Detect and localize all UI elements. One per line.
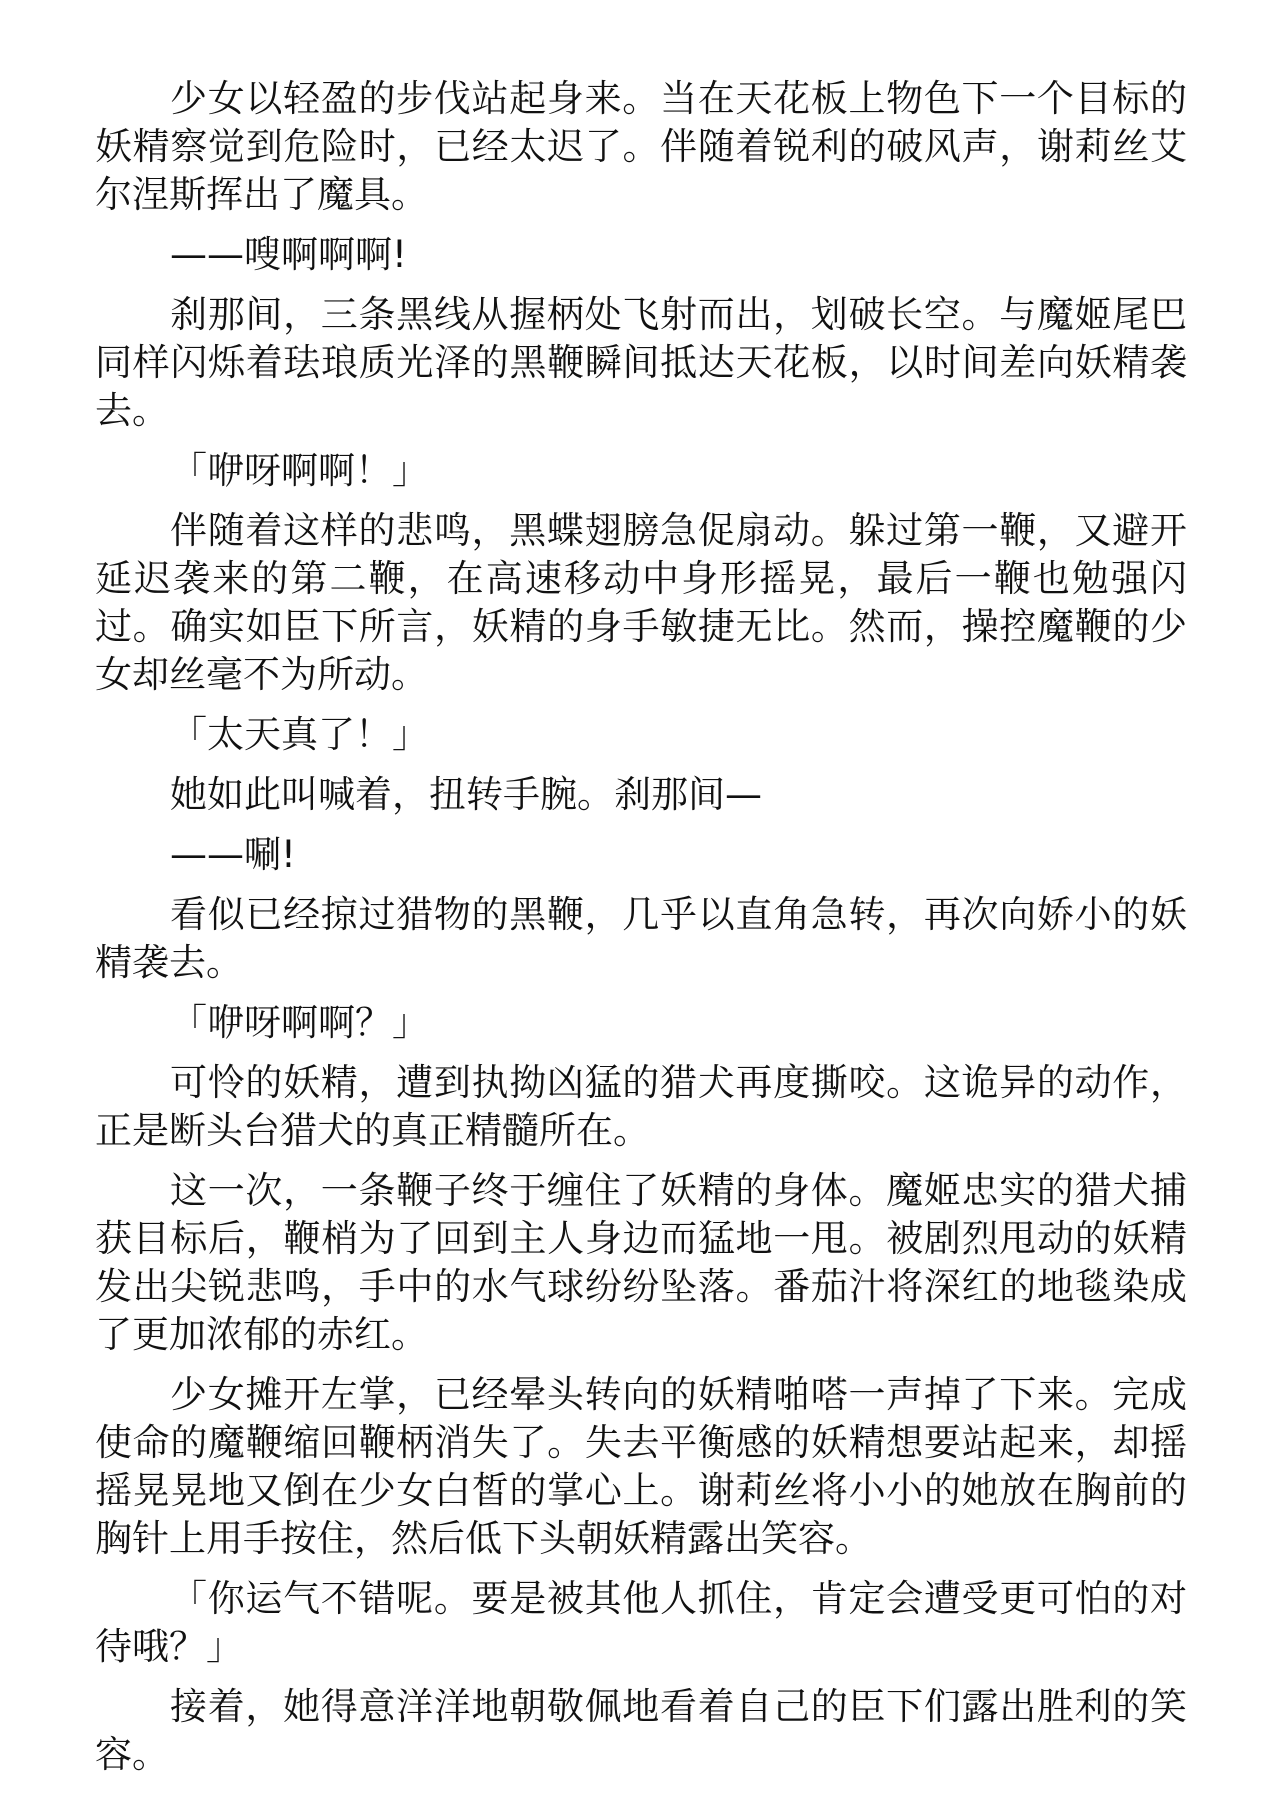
text-line: 「咿呀啊啊！」 xyxy=(170,447,1187,495)
text-line: 延迟袭来的第二鞭，在高速移动中身形摇晃，最后一鞭也勉强闪 xyxy=(95,555,1187,603)
text-line: 「咿呀啊啊？」 xyxy=(170,999,1187,1047)
text-line: 少女摊开左掌，已经晕头转向的妖精啪嗒一声掉了下来。完成 xyxy=(170,1371,1187,1419)
text-line: 精袭去。 xyxy=(95,939,1187,987)
text-line: ——唰! xyxy=(170,831,1187,879)
document-page: 少女以轻盈的步伐站起身来。当在天花板上物色下一个目标的妖精察觉到危险时，已经太迟… xyxy=(0,0,1280,1818)
text-line: 妖精察觉到危险时，已经太迟了。伴随着锐利的破风声，谢莉丝艾 xyxy=(95,123,1187,171)
text-line: 待哦？」 xyxy=(95,1623,1187,1671)
text-line: 女却丝毫不为所动。 xyxy=(95,651,1187,699)
text-line: 接着，她得意洋洋地朝敬佩地看着自己的臣下们露出胜利的笑 xyxy=(170,1683,1187,1731)
text-line: 同样闪烁着珐琅质光泽的黑鞭瞬间抵达天花板，以时间差向妖精袭 xyxy=(95,339,1187,387)
text-line: 她如此叫喊着，扭转手腕。刹那间— xyxy=(170,771,1187,819)
text-line: 胸针上用手按住，然后低下头朝妖精露出笑容。 xyxy=(95,1515,1187,1563)
text-line: 了更加浓郁的赤红。 xyxy=(95,1311,1187,1359)
text-line: 「太天真了！」 xyxy=(170,711,1187,759)
text-line: 获目标后，鞭梢为了回到主人身边而猛地一甩。被剧烈甩动的妖精 xyxy=(95,1215,1187,1263)
text-line: 伴随着这样的悲鸣，黑蝶翅膀急促扇动。躲过第一鞭，又避开 xyxy=(170,507,1187,555)
text-line: 少女以轻盈的步伐站起身来。当在天花板上物色下一个目标的 xyxy=(170,75,1187,123)
text-line: 尔涅斯挥出了魔具。 xyxy=(95,171,1187,219)
text-line: 「你运气不错呢。要是被其他人抓住，肯定会遭受更可怕的对 xyxy=(170,1575,1187,1623)
text-line: 可怜的妖精，遭到执拗凶猛的猎犬再度撕咬。这诡异的动作， xyxy=(170,1059,1187,1107)
text-line: 使命的魔鞭缩回鞭柄消失了。失去平衡感的妖精想要站起来，却摇 xyxy=(95,1419,1187,1467)
text-line: 发出尖锐悲鸣，手中的水气球纷纷坠落。番茄汁将深红的地毯染成 xyxy=(95,1263,1187,1311)
text-line: 这一次，一条鞭子终于缠住了妖精的身体。魔姬忠实的猎犬捕 xyxy=(170,1167,1187,1215)
text-line: 正是断头台猎犬的真正精髓所在。 xyxy=(95,1107,1187,1155)
text-line: ——嗖啊啊啊! xyxy=(170,231,1187,279)
text-line: 看似已经掠过猎物的黑鞭，几乎以直角急转，再次向娇小的妖 xyxy=(170,891,1187,939)
text-line: 摇晃晃地又倒在少女白皙的掌心上。谢莉丝将小小的她放在胸前的 xyxy=(95,1467,1187,1515)
text-line: 过。确实如臣下所言，妖精的身手敏捷无比。然而，操控魔鞭的少 xyxy=(95,603,1187,651)
text-line: 去。 xyxy=(95,387,1187,435)
text-line: 刹那间，三条黑线从握柄处飞射而出，划破长空。与魔姬尾巴 xyxy=(170,291,1187,339)
text-line: 容。 xyxy=(95,1731,1187,1779)
